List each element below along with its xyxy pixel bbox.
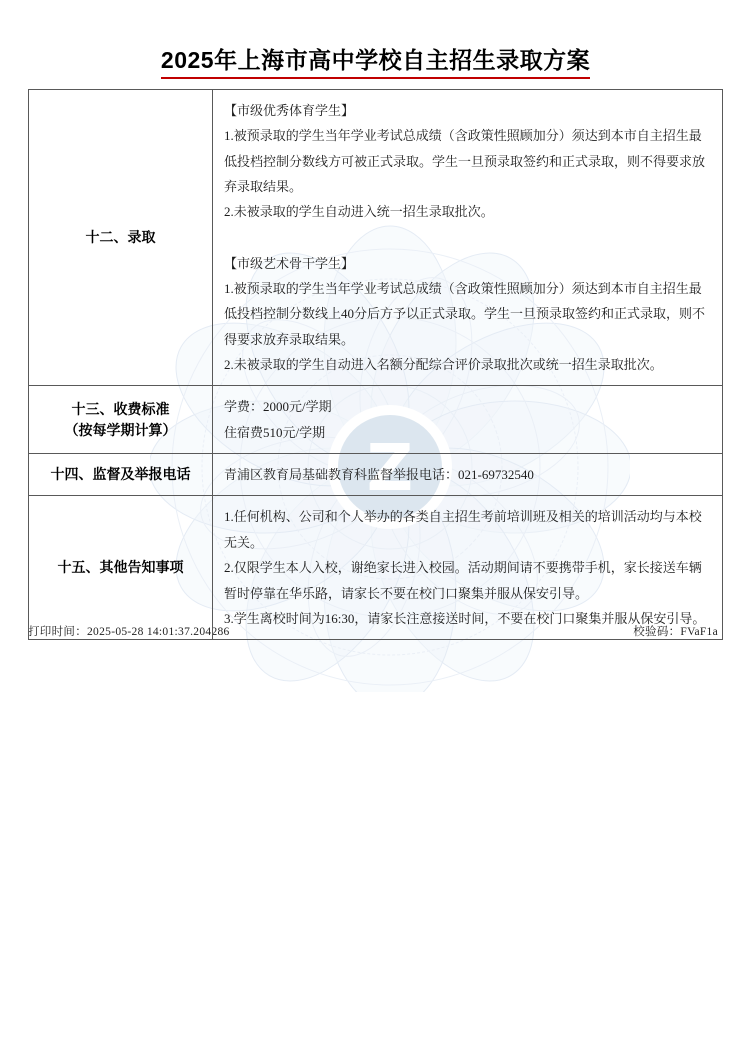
- row-label-fees-line2: （按每学期计算）: [29, 420, 212, 441]
- row-content-fees: 学费：2000元/学期 住宿费510元/学期: [213, 386, 723, 454]
- page-header: 2025年上海市高中学校自主招生录取方案: [0, 42, 751, 79]
- row-content-admission: 【市级优秀体育学生】 1.被预录取的学生当年学业考试总成绩（含政策性照顾加分）须…: [213, 90, 723, 386]
- page-title: 2025年上海市高中学校自主招生录取方案: [161, 42, 590, 79]
- hotline-line: 青浦区教育局基础教育科监督举报电话：021-69732540: [224, 462, 711, 487]
- row-label-admission: 十二、录取: [29, 90, 213, 386]
- row-content-hotline: 青浦区教育局基础教育科监督举报电话：021-69732540: [213, 454, 723, 496]
- paragraph: 2.仅限学生本人入校，谢绝家长进入校园。活动期间请不要携带手机，家长接送车辆暂时…: [224, 555, 711, 606]
- paragraph: 2.未被录取的学生自动进入统一招生录取批次。: [224, 199, 711, 224]
- row-label-notices: 十五、其他告知事项: [29, 496, 213, 640]
- paragraph: 1.被预录取的学生当年学业考试总成绩（含政策性照顾加分）须达到本市自主招生最低投…: [224, 123, 711, 199]
- table-row-fees: 十三、收费标准 （按每学期计算） 学费：2000元/学期 住宿费510元/学期: [29, 386, 723, 454]
- boarding-fee-line: 住宿费510元/学期: [224, 420, 711, 445]
- row-label-fees: 十三、收费标准 （按每学期计算）: [29, 386, 213, 454]
- row-label-fees-line1: 十三、收费标准: [29, 399, 212, 420]
- table-row-notices: 十五、其他告知事项 1.任何机构、公司和个人举办的各类自主招生考前培训班及相关的…: [29, 496, 723, 640]
- table-row-admission: 十二、录取 【市级优秀体育学生】 1.被预录取的学生当年学业考试总成绩（含政策性…: [29, 90, 723, 386]
- paragraph: 3.学生离校时间为16:30，请家长注意接送时间，不要在校门口聚集并服从保安引导…: [224, 606, 711, 631]
- tuition-fee-line: 学费：2000元/学期: [224, 394, 711, 419]
- paragraph: 1.任何机构、公司和个人举办的各类自主招生考前培训班及相关的培训活动均与本校无关…: [224, 504, 711, 555]
- paragraph: 1.被预录取的学生当年学业考试总成绩（含政策性照顾加分）须达到本市自主招生最低投…: [224, 276, 711, 352]
- row-content-notices: 1.任何机构、公司和个人举办的各类自主招生考前培训班及相关的培训活动均与本校无关…: [213, 496, 723, 640]
- table-row-hotline: 十四、监督及举报电话 青浦区教育局基础教育科监督举报电话：021-6973254…: [29, 454, 723, 496]
- paragraph-sports-header: 【市级优秀体育学生】: [224, 98, 711, 123]
- admission-plan-table: 十二、录取 【市级优秀体育学生】 1.被预录取的学生当年学业考试总成绩（含政策性…: [28, 89, 723, 640]
- paragraph-arts-header: 【市级艺术骨干学生】: [224, 251, 711, 276]
- row-label-hotline: 十四、监督及举报电话: [29, 454, 213, 496]
- paragraph: 2.未被录取的学生自动进入名额分配综合评价录取批次或统一招生录取批次。: [224, 352, 711, 377]
